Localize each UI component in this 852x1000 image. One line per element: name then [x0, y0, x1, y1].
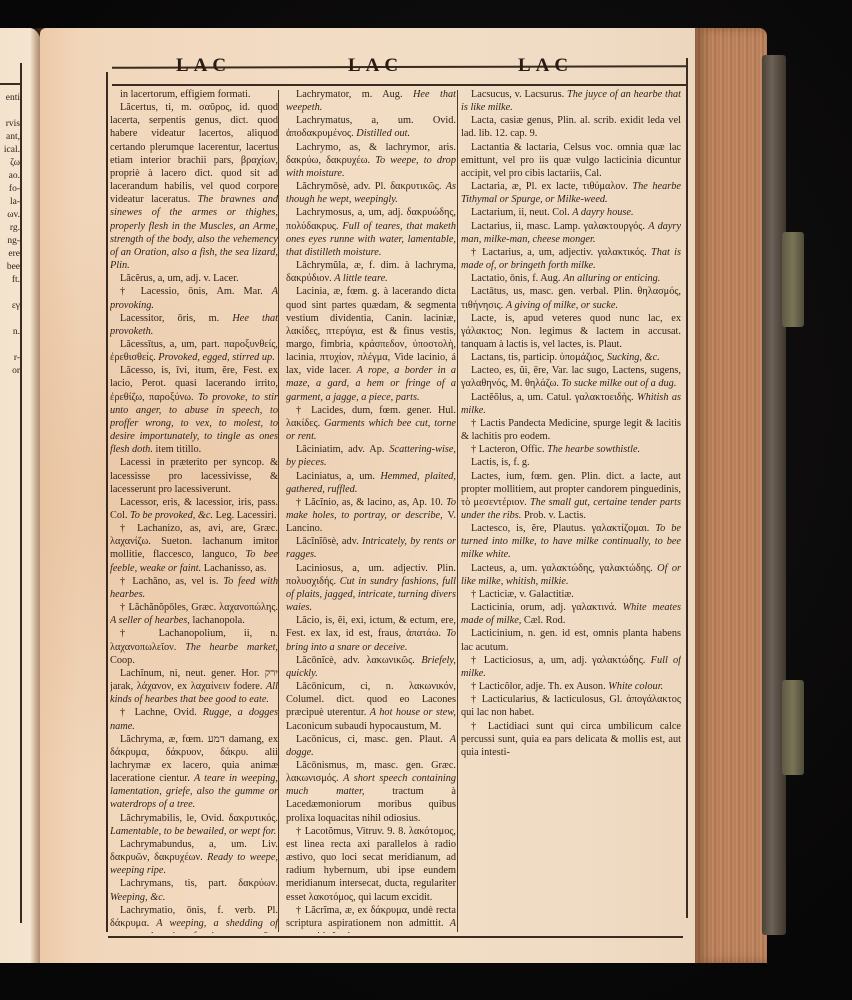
dictionary-entry: † Lactis Pandecta Medicine, spurge legit… [461, 417, 681, 443]
left-page-fragment: ical. [0, 144, 20, 156]
leather-binding-edge [762, 55, 786, 935]
header-divider-rule [112, 84, 686, 86]
entry-latin: † Lactis Pandecta Medicine, spurge legit… [461, 418, 681, 442]
left-page-fragment: enti [0, 92, 20, 104]
left-page-column-rule [20, 63, 22, 923]
entry-latin: Lăcĕrus, a, um, adj. v. Lacer. [120, 273, 239, 284]
entry-latin: Lăcertus, ti, m. σαῦρος, id. quod lacert… [110, 102, 278, 205]
entry-english-gloss: The brawnes and sinewes of the armes or … [110, 194, 278, 271]
dictionary-entry: Lactans, tis, particip. ὑπομάζιος, Sucki… [461, 351, 681, 364]
dictionary-entry: Lăcesso, is, īvi, itum, ĕre, Fest. ex la… [110, 364, 278, 456]
dictionary-entry: Lăchrymōsè, adv. Pl. δακρυτικῶς. As thou… [286, 180, 456, 206]
entry-latin: Lacessitor, ōris, m. [120, 313, 232, 324]
entry-latin: Lăciniatim, adv. Ap. [296, 444, 389, 455]
entry-english-gloss: To sucke milke out of a dug. [562, 378, 677, 389]
dictionary-entry: Lăciniatim, adv. Ap. Scattering-wise, by… [286, 443, 456, 469]
dictionary-column-3: Lacsucus, v. Lacsurus. The juyce of an h… [461, 88, 681, 933]
dictionary-entry: Lăcio, is, ĕi, exi, ictum, & ectum, ere,… [286, 614, 456, 653]
dictionary-entry: Lăcōnicum, ci, n. λακωνικόν, Columel. di… [286, 680, 456, 733]
page-frame-left-rule [106, 72, 108, 932]
dictionary-entry: † Lăcrĭma, æ, ex δάκρυμα, undè recta scr… [286, 904, 456, 933]
dictionary-entry: † Lacticularius, & lacticulosus, Gl. ἀπο… [461, 693, 681, 719]
column-divider-1 [278, 90, 279, 932]
dictionary-entry: Lactaria, æ, Pl. ex lacte, τιθύμαλον. Th… [461, 180, 681, 206]
entry-latin: Lacte, is, apud veteres quod nunc lac, e… [461, 313, 681, 350]
entry-english-gloss: The hearbe market, [185, 642, 278, 653]
entry-english-gloss: A little teare. [334, 273, 387, 284]
entry-latin: Lăchrymōsè, adv. Pl. δακρυτικῶς. [296, 181, 446, 192]
entry-english-gloss: A giving of milke, or sucke. [506, 300, 618, 311]
page-block-edge [695, 28, 767, 963]
dictionary-entry: Lachrymabundus, a, um. Liv. δακρυῶν, δακ… [110, 838, 278, 877]
dictionary-entry: Lăcōnĭcè, adv. λακωνικῶς. Briefely, quic… [286, 654, 456, 680]
dictionary-entry: Lacticinia, orum, adj. γαλακτινά. White … [461, 601, 681, 627]
column-divider-2 [457, 90, 458, 932]
dictionary-entry: † Lactidiaci sunt qui circa umbilicum ca… [461, 720, 681, 759]
entry-reference: Laconicum subaudi hypocaustum, M. [286, 721, 441, 732]
entry-english-gloss: Distilled out. [356, 128, 410, 139]
dictionary-entry: Lactatio, ōnis, f. Aug. An alluring or e… [461, 272, 681, 285]
entry-latin: † Lacessio, ōnis, Am. Mar. [120, 286, 272, 297]
left-page-fragment: rg. [0, 222, 20, 234]
dictionary-entry: Lactĕŏlus, a, um. Catul. γαλακτοειδὴς. W… [461, 391, 681, 417]
dictionary-entry: Lăcessītus, a, um, part. παροξυνθείς, ἐρ… [110, 338, 278, 364]
dictionary-entry: Lacticinium, n. gen. id est, omnis plant… [461, 627, 681, 653]
entry-latin: Lacinia, æ, fœm. g. à lacerando dicta qu… [286, 286, 456, 376]
entry-latin: Lactesco, is, ĕre, Plautus. γαλακτίζομαι… [471, 523, 655, 534]
entry-latin: Lăchrymabilis, le, Ovid. δακρυτικός. [120, 813, 278, 824]
entry-latin: Lactans, tis, particip. ὑπομάζιος, [471, 352, 607, 363]
dictionary-entry: Lacessor, eris, & lacessior, iris, pass.… [110, 496, 278, 522]
left-page-fragment: r- [0, 352, 20, 364]
dictionary-entry: † Lacteron, Offic. The hearbe sowthistle… [461, 443, 681, 456]
entry-latin: Lachrymans, tis, part. δακρύων. [120, 878, 278, 889]
dictionary-column-1: in lacertorum, effigiem formati. Lăcertu… [110, 88, 278, 933]
entry-latin: † Lactidiaci sunt qui circa umbilicum ca… [461, 721, 681, 758]
entry-latin: Lăcio, is, ĕi, exi, ictum, & ectum, ere,… [286, 615, 456, 639]
dictionary-entry: Lachrymatus, a, um. Ovid. ἀποδακρυμένος.… [286, 114, 456, 140]
entry-latin: Lacteus, a, um. γαλακτώδης, γαλακτώδης. [471, 563, 657, 574]
entry-latin: in lacertorum, effigiem formati. [120, 89, 250, 100]
entry-latin: Lacticinium, n. gen. id est, omnis plant… [461, 628, 681, 652]
entry-latin: † Lacticiæ, v. Galactitiæ. [471, 589, 574, 600]
left-page-header-rule [0, 83, 22, 85]
dictionary-entry: Lacteus, a, um. γαλακτώδης, γαλακτώδης. … [461, 562, 681, 588]
entry-reference: Coop. [110, 655, 135, 666]
entry-latin: † Lacticŏlor, adje. Th. ex Auson. [471, 681, 608, 692]
dictionary-entry: † Lachanopolium, ii, n. λαχανοπωλεῖον. T… [110, 627, 278, 666]
dictionary-entry: Lăcĭnĭōsè, adv. Intricately, by rents or… [286, 535, 456, 561]
entry-english-gloss: A seller of hearbes, [110, 615, 192, 626]
left-page-fragment: ft. [0, 274, 20, 286]
entry-latin: Lacticinia, orum, adj. γαλακτινά. [471, 602, 623, 613]
entry-latin: Lachrymator, m. Aug. [296, 89, 413, 100]
dictionary-entry: Lactis, is, f. g. [461, 456, 681, 469]
entry-latin: Lăcōnĭcè, adv. λακωνικῶς. [296, 655, 421, 666]
entry-latin: Lactis, is, f. g. [471, 457, 530, 468]
entry-latin: Lactatio, ōnis, f. Aug. [471, 273, 563, 284]
entry-latin: † Lachne, Ovid. [120, 707, 203, 718]
dictionary-entry: Lactantia & lactaria, Celsus voc. omnia … [461, 141, 681, 180]
dictionary-entry: Lăcertus, ti, m. σαῦρος, id. quod lacert… [110, 101, 278, 272]
entry-latin: Lăcĭnĭōsè, adv. [296, 536, 362, 547]
running-head-left: LAC [176, 55, 231, 77]
dictionary-entry: Lactesco, is, ĕre, Plautus. γαλακτίζομαι… [461, 522, 681, 561]
entry-latin: † Lacotŏmus, Vitruv. 9. 8. λακότομος, es… [286, 826, 456, 903]
left-page-fragment: ant, [0, 131, 20, 143]
entry-latin: Lachĭnum, ni, neut. gener. Hor. ירק jara… [110, 668, 278, 692]
dictionary-column-2: Lachrymator, m. Aug. Hee that weepeth. L… [286, 88, 456, 933]
dictionary-entry: † Lacticiæ, v. Galactitiæ. [461, 588, 681, 601]
left-page-fragment: ere [0, 248, 20, 260]
dictionary-entry: Lăchrymŭla, æ, f. dim. à lachryma, δακρύ… [286, 259, 456, 285]
left-page-fragment: n. [0, 326, 20, 338]
dictionary-entry: † Lactarius, a, um, adjectiv. γαλακτικός… [461, 246, 681, 272]
entry-latin: Lactĕŏlus, a, um. Catul. γαλακτοειδὴς. [471, 392, 637, 403]
dictionary-entry: Lachĭnum, ni, neut. gener. Hor. ירק jara… [110, 667, 278, 706]
dictionary-entry: Lacinia, æ, fœm. g. à lacerando dicta qu… [286, 285, 456, 403]
entry-english-gloss: The hearbe sowthistle. [547, 444, 640, 455]
entry-reference: vide Lachryma. [312, 931, 377, 933]
brass-clasp-upper [782, 232, 804, 327]
entry-latin: † Lăchănŏpōles, Græc. λαχανοπώλης. [120, 602, 278, 613]
dictionary-entry: Lăchryma, æ, fœm. דמע damang, ex δάκρυμα… [110, 733, 278, 812]
entry-latin: † Lacticularius, & lacticulosus, Gl. ἀπο… [461, 694, 681, 718]
dictionary-entry: † Lachne, Ovid. Rugge, a dogges name. [110, 706, 278, 732]
entry-reference: lachanopola. [192, 615, 244, 626]
dictionary-entry: † Lachanizo, as, avi, are, Græc. λαχανίζ… [110, 522, 278, 575]
dictionary-entry: Lacteo, es, ŭi, ēre, Var. lac sugo, Lact… [461, 364, 681, 390]
entry-english-gloss: Lamentable, to be bewailed, or wept for. [110, 826, 276, 837]
running-head-right: LAC [518, 55, 573, 77]
dictionary-entry: Lachrymosus, a, um, adj. δακρυώδης, πολύ… [286, 206, 456, 259]
entry-reference: Cæl. Rod. [524, 615, 565, 626]
dictionary-entry: Lachrymo, as, & lachrymor, aris. δακρύω,… [286, 141, 456, 180]
dictionary-entry: Lacta, casiæ genus, Plin. al. scrib. exi… [461, 114, 681, 140]
dictionary-entry: Lăcĕrus, a, um, adj. v. Lacer. [110, 272, 278, 285]
dictionary-entry: † Lăchănŏpōles, Græc. λαχανοπώλης. A sel… [110, 601, 278, 627]
dictionary-entry: † Lăcĭnio, as, & lacino, as, Ap. 10. To … [286, 496, 456, 535]
dictionary-entry: Lacessitor, ōris, m. Hee that provoketh. [110, 312, 278, 338]
left-page-fragment: or [0, 365, 20, 377]
dictionary-entry: Lactes, ium, fœm. gen. Plin. dict. a lac… [461, 470, 681, 523]
entry-reference: Lachanisso, as. [204, 563, 267, 574]
left-page-fragment: la- [0, 196, 20, 208]
left-page-fragment: εγ [0, 300, 20, 312]
dictionary-entry: Lactarium, ii, neut. Col. A dayry house. [461, 206, 681, 219]
entry-latin: † Lactarius, a, um, adjectiv. γαλακτικός… [471, 247, 651, 258]
page-frame-bottom-rule [108, 936, 683, 938]
page-frame-right-rule [686, 58, 688, 918]
entry-latin: † Lăcĭnio, as, & lacino, as, Ap. 10. [296, 497, 446, 508]
dictionary-entry: Lăchrymabilis, le, Ovid. δακρυτικός. Lam… [110, 812, 278, 838]
dictionary-entry: Laciniosus, a, um. adjectiv. Plin. πολυσ… [286, 562, 456, 615]
entry-latin: † Lacteron, Offic. [471, 444, 547, 455]
dictionary-entry: Laciniatus, a, um. Hemmed, plaited, gath… [286, 470, 456, 496]
brass-clasp-lower [782, 680, 804, 775]
entry-latin: Lacta, casiæ genus, Plin. al. scrib. exi… [461, 115, 681, 139]
entry-reference: item titillo. [155, 444, 201, 455]
entry-english-gloss: Provoked, egged, stirred up. [158, 352, 274, 363]
dictionary-entry: † Lacessio, ōnis, Am. Mar. A provoking. [110, 285, 278, 311]
dictionary-entry: † Lacticŏlor, adje. Th. ex Auson. White … [461, 680, 681, 693]
dictionary-entry: Lactātus, us, masc. gen. verbal. Plin. θ… [461, 285, 681, 311]
entry-english-gloss: To be provoked, &c. [130, 510, 216, 521]
entry-latin: † Lacticiosus, a, um, adj. γαλακτώδης. [471, 655, 651, 666]
entry-english-gloss: Weeping, &c. [110, 892, 165, 903]
left-page-fragment: bee [0, 261, 20, 273]
entry-latin: Lactaria, æ, Pl. ex lacte, τιθύμαλον. [471, 181, 632, 192]
dictionary-entry: Lachrymator, m. Aug. Hee that weepeth. [286, 88, 456, 114]
dictionary-entry: Lăcōnismus, m, masc. gen. Græc. λακωνισμ… [286, 759, 456, 825]
dictionary-entry: Lachrymans, tis, part. δακρύων. Weeping,… [110, 877, 278, 903]
entry-reference: Prob. v. Lactis. [524, 510, 586, 521]
dictionary-entry: Lactarius, ii, masc. Lamp. γαλακτουργός.… [461, 220, 681, 246]
entry-latin: † Lăcrĭma, æ, ex δάκρυμα, undè recta scr… [286, 905, 456, 929]
entry-latin: Laciniatus, a, um. [296, 471, 380, 482]
entry-english-gloss: An alluring or enticing. [563, 273, 660, 284]
left-page-fragment: ζω [0, 157, 20, 169]
left-page-fragment: ng- [0, 235, 20, 247]
entry-latin: † Lachăno, as, vel is. [120, 576, 223, 587]
dictionary-entry: Lacōnicus, ci, masc. gen. Plaut. A dogge… [286, 733, 456, 759]
dictionary-entry: Lacessi in præterito per syncop. & laces… [110, 456, 278, 495]
dictionary-entry: † Lacotŏmus, Vitruv. 9. 8. λακότομος, es… [286, 825, 456, 904]
entry-reference: Leg. Lacessiri. [216, 510, 277, 521]
entry-english-gloss: White colour. [608, 681, 663, 692]
left-page-fragment: ωv. [0, 209, 20, 221]
dictionary-entry: † Lacticiosus, a, um, adj. γαλακτώδης. F… [461, 654, 681, 680]
entry-english-gloss: A dayry house. [572, 207, 633, 218]
running-head-center: LAC [348, 55, 403, 77]
dictionary-entry: Lacte, is, apud veteres quod nunc lac, e… [461, 312, 681, 351]
left-page-fragment: rvis [0, 118, 20, 130]
entry-latin: Lacsucus, v. Lacsurus. [471, 89, 567, 100]
dictionary-entry: Lachrymatio, ōnis, f. verb. Pl. δάκρυμα.… [110, 904, 278, 933]
dictionary-entry: † Lacides, dum, fœm. gener. Hul. λακίδες… [286, 404, 456, 443]
dictionary-entry: † Lachăno, as, vel is. To feed with hear… [110, 575, 278, 601]
left-page-fragment: fo- [0, 183, 20, 195]
entry-latin: Lacessi in præterito per syncop. & laces… [110, 457, 278, 494]
dictionary-entry: in lacertorum, effigiem formati. [110, 88, 278, 101]
entry-latin: Lacōnicus, ci, masc. gen. Plaut. [296, 734, 450, 745]
entry-latin: Lactarius, ii, masc. Lamp. γαλακτουργός. [471, 221, 648, 232]
entry-english-gloss: A hot house or stew, [370, 707, 456, 718]
entry-english-gloss: Sucking, &c. [607, 352, 660, 363]
entry-latin: Lactantia & lactaria, Celsus voc. omnia … [461, 142, 681, 179]
entry-latin: Lactarium, ii, neut. Col. [471, 207, 572, 218]
left-page-fragment: ao. [0, 170, 20, 182]
dictionary-entry: Lacsucus, v. Lacsurus. The juyce of an h… [461, 88, 681, 114]
